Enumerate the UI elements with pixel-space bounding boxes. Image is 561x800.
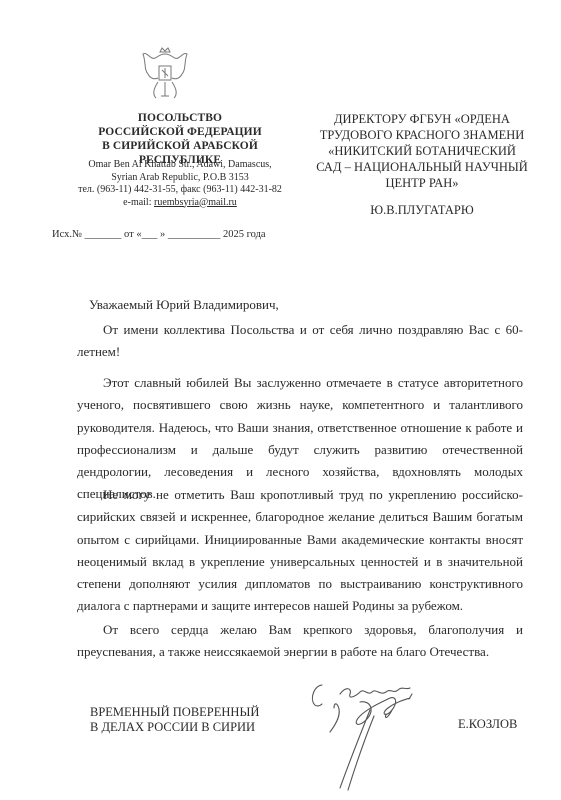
title-line: ВРЕМЕННЫЙ ПОВЕРЕННЫЙ xyxy=(90,705,259,720)
recipient-block: ДИРЕКТОРУ ФГБУН «ОРДЕНА ТРУДОВОГО КРАСНО… xyxy=(302,111,542,191)
org-line: ПОСОЛЬСТВО xyxy=(60,111,300,125)
org-line: РОССИЙСКОЙ ФЕДЕРАЦИИ xyxy=(60,125,300,139)
embassy-address: Omar Ben Al Khattab Str., Adawi, Damascu… xyxy=(60,159,300,209)
recipient-line: ДИРЕКТОРУ ФГБУН «ОРДЕНА xyxy=(302,111,542,127)
signatory-name: Е.КОЗЛОВ xyxy=(458,717,517,732)
recipient-line: ЦЕНТР РАН» xyxy=(302,175,542,191)
recipient-line: «НИКИТСКИЙ БОТАНИЧЕСКИЙ xyxy=(302,143,542,159)
signatory-title: ВРЕМЕННЫЙ ПОВЕРЕННЫЙ В ДЕЛАХ РОССИИ В СИ… xyxy=(90,705,259,735)
email-label: e-mail: xyxy=(123,197,154,208)
handwritten-signature xyxy=(300,680,460,795)
paragraph-1: От имени коллектива Посольства и от себя… xyxy=(77,319,523,364)
salutation: Уважаемый Юрий Владимирович, xyxy=(89,297,279,313)
recipient-name: Ю.В.ПЛУГАТАРЮ xyxy=(302,203,542,218)
recipient-line: САД – НАЦИОНАЛЬНЫЙ НАУЧНЫЙ xyxy=(302,159,542,175)
paragraph-3: Не могу не отметить Ваш кропотливый труд… xyxy=(77,484,523,618)
recipient-line: ТРУДОВОГО КРАСНОГО ЗНАМЕНИ xyxy=(302,127,542,143)
paragraph-4: От всего сердца желаю Вам крепкого здоро… xyxy=(77,619,523,664)
email-link[interactable]: ruembsyria@mail.ru xyxy=(154,197,237,208)
email-line: e-mail: ruembsyria@mail.ru xyxy=(60,197,300,210)
title-line: В ДЕЛАХ РОССИИ В СИРИИ xyxy=(90,720,259,735)
address-line: Omar Ben Al Khattab Str., Adawi, Damascu… xyxy=(60,159,300,172)
outgoing-ref-line: Исх.№ _______ от «___ » __________ 2025 … xyxy=(52,229,266,240)
coat-of-arms-icon xyxy=(140,44,190,104)
phone-fax-line: тел. (963-11) 442-31-55, факс (963-11) 4… xyxy=(60,184,300,197)
address-line: Syrian Arab Republic, P.O.B 3153 xyxy=(60,172,300,185)
